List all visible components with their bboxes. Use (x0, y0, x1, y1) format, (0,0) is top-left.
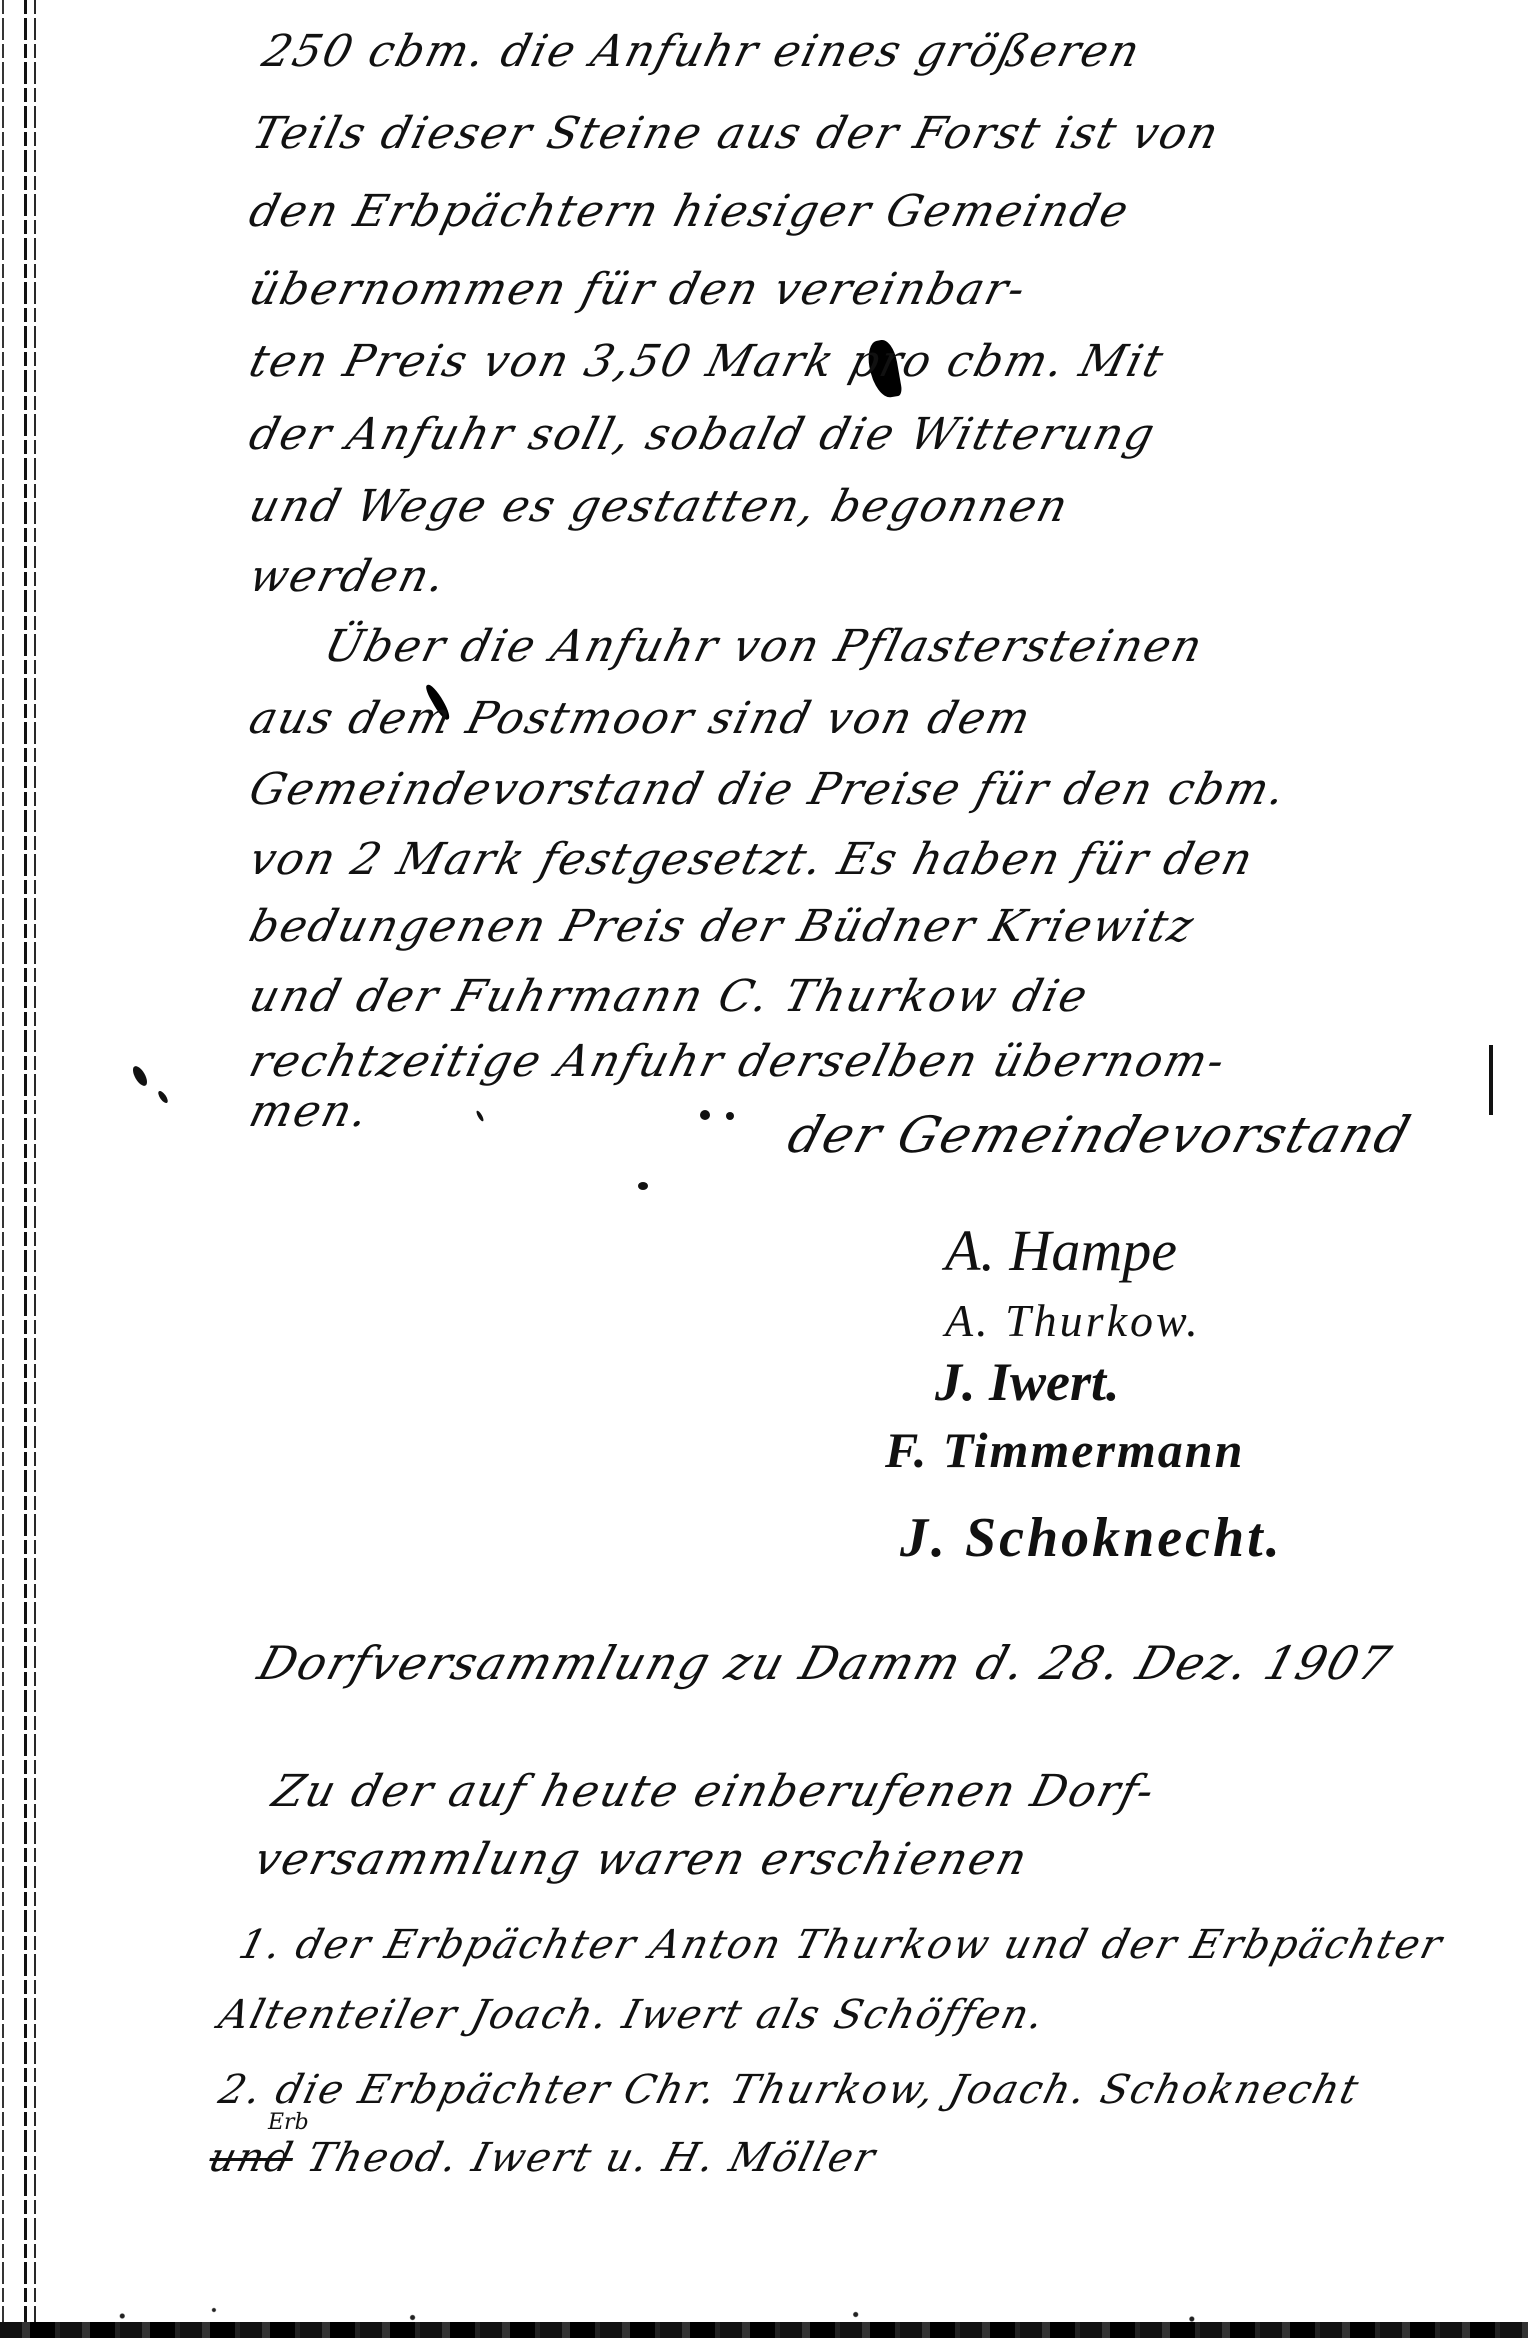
document-page: 250 cbm. die Anfuhr eines größeren Teils… (0, 0, 1528, 2338)
list-number: 1. (234, 1922, 288, 1968)
ink-speck (475, 1110, 484, 1122)
text-line: bedungenen Preis der Büdner Kriewitz (245, 905, 1199, 949)
text-line: Über die Anfuhr von Pflastersteinen (320, 625, 1208, 669)
text-line: rechtzeitige Anfuhr derselben übernom- (245, 1040, 1231, 1084)
ink-speck (157, 1090, 170, 1105)
text-line: der Anfuhr soll, sobald die Witterung (245, 413, 1160, 457)
text-line: Teils dieser Steine aus der Forst ist vo… (248, 112, 1224, 156)
list-item-continuation: Altenteiler Joach. Iwert als Schöffen. (215, 1995, 1049, 2035)
closing-gemeindevorstand: der Gemeindevorstand (783, 1110, 1417, 1160)
list-item: 2. die Erbpächter Chr. Thurkow, Joach. S… (215, 2070, 1364, 2110)
ink-speck (638, 1182, 648, 1190)
list-item-continuation: und Theod. Iwert u. H. Möller (205, 2138, 881, 2178)
scan-noise (0, 2292, 1528, 2322)
text-line: den Erbpächtern hiesiger Gemeinde (245, 190, 1134, 234)
text-line: ten Preis von 3,50 Mark pro cbm. Mit (245, 340, 1169, 384)
text-line: und der Fuhrmann C. Thurkow die (245, 975, 1093, 1019)
margin-mark (1489, 1045, 1493, 1115)
signature-schoknecht: J. Schoknecht. (900, 1510, 1283, 1566)
text-line: aus dem Postmoor sind von dem (245, 697, 1036, 741)
text-line: 250 cbm. die Anfuhr eines größeren (258, 30, 1145, 74)
list-text: der Erbpächter Anton Thurkow und der Erb… (291, 1922, 1448, 1968)
binding-edge-line (34, 0, 36, 2338)
list-item: 1. der Erbpächter Anton Thurkow und der … (235, 1925, 1447, 1965)
insertion-mark: Erb (268, 2110, 309, 2135)
ink-speck (700, 1110, 710, 1120)
struck-word: und (204, 2135, 299, 2181)
page-bottom-edge (0, 2322, 1528, 2338)
ink-speck (130, 1064, 150, 1088)
list-text: die Erbpächter Chr. Thurkow, Joach. Scho… (271, 2067, 1365, 2113)
text-line: Zu der auf heute einberufenen Dorf- (268, 1770, 1160, 1814)
binding-edge-line (24, 0, 27, 2338)
list-number: 2. (214, 2067, 268, 2113)
text-line: von 2 Mark festgesetzt. Es haben für den (245, 838, 1259, 882)
signature-timmermann: F. Timmermann (885, 1425, 1244, 1475)
signature-thurkow: A. Thurkow. (945, 1298, 1201, 1344)
list-text: Theod. Iwert u. H. Möller (302, 2135, 881, 2181)
text-line: men. (245, 1090, 374, 1134)
signature-iwert: J. Iwert. (935, 1355, 1120, 1409)
text-line: und Wege es gestatten, begonnen (245, 485, 1074, 529)
binding-edge-line (2, 0, 4, 2338)
text-line: versammlung waren erschienen (250, 1838, 1033, 1882)
text-line: Gemeindevorstand die Preise für den cbm. (245, 768, 1291, 812)
signature-hampe: A. Hampe (945, 1222, 1177, 1280)
ink-speck (726, 1112, 734, 1120)
meeting-heading: Dorfversammlung zu Damm d. 28. Dez. 1907 (253, 1640, 1397, 1686)
text-line: werden. (245, 555, 451, 599)
text-line: übernommen für den vereinbar- (245, 268, 1031, 312)
